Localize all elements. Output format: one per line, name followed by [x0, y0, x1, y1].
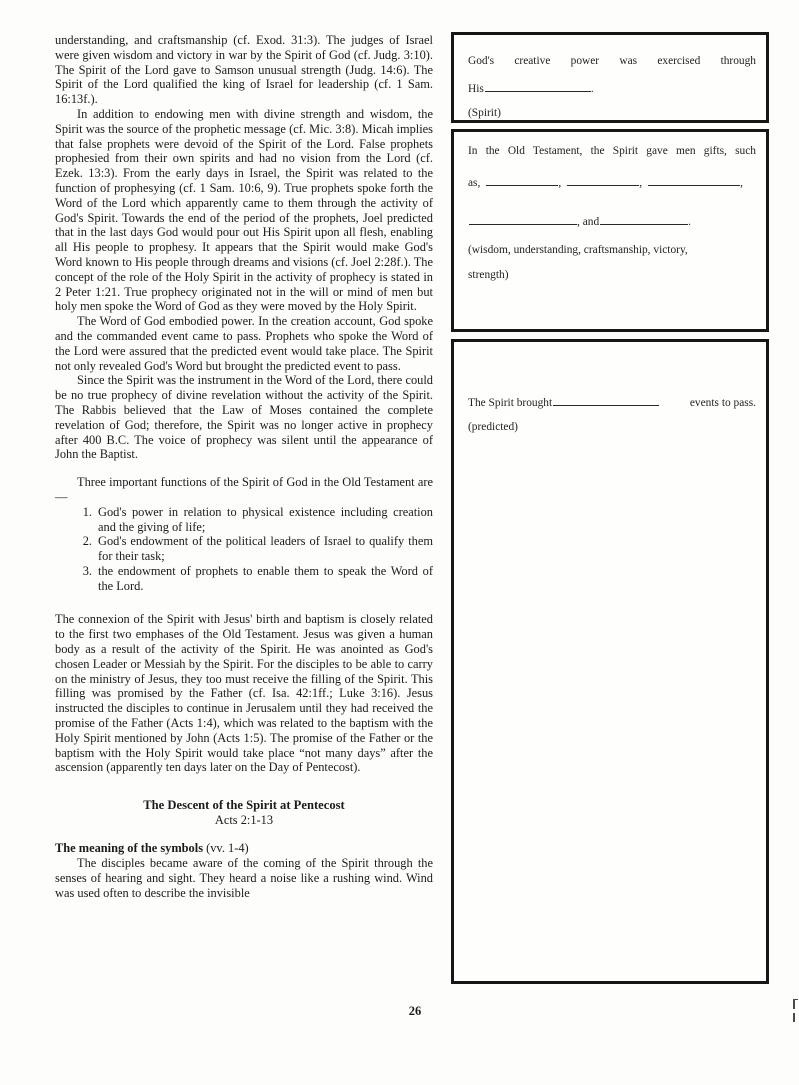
paragraph-final: The disciples became aware of the coming… [55, 856, 433, 900]
answer-hint: (wisdom, understanding, craftsmanship, v… [468, 243, 756, 257]
answer-hint: (predicted) [468, 420, 756, 434]
blank-field [567, 174, 639, 186]
paragraph-prophetic-message: In addition to endowing men with divine … [55, 107, 433, 314]
subsection-heading-title: The meaning of the symbols [55, 841, 203, 855]
punctuation: . [688, 216, 691, 228]
list-item: 3. the endowment of prophets to enable t… [77, 564, 433, 594]
list-item: 1. God's power in relation to physical e… [77, 505, 433, 535]
fill-in-box-gifts: In the Old Testament, the Spirit gave me… [451, 129, 769, 332]
list-number: 1. [77, 505, 92, 535]
page-number: 26 [355, 1004, 475, 1019]
body-text-column: understanding, and craftsmanship (cf. Ex… [55, 33, 433, 900]
list-item: 2. God's endowment of the political lead… [77, 534, 433, 564]
punctuation: . [591, 83, 594, 95]
list-text: the endowment of prophets to enable them… [98, 564, 433, 594]
fill-line: , and. [468, 213, 756, 229]
punctuation: , [740, 177, 743, 189]
worksheet-column: God's creative power was exercised throu… [451, 32, 769, 984]
subsection-heading: The meaning of the symbols (vv. 1-4) [55, 841, 433, 856]
blank-field [648, 174, 740, 186]
paragraph-connexion: The connexion of the Spirit with Jesus' … [55, 612, 433, 775]
blank-field [600, 213, 688, 225]
list-number: 3. [77, 564, 92, 594]
paragraph-spirit-instrument: Since the Spirit was the instrument in t… [55, 373, 433, 462]
answer-hint: strength) [468, 268, 756, 282]
section-scripture-reference: Acts 2:1-13 [55, 813, 433, 828]
scan-artifact-mark [793, 1013, 795, 1022]
blank-field [486, 174, 558, 186]
paragraph-word-of-god: The Word of God embodied power. In the c… [55, 314, 433, 373]
document-page: understanding, and craftsmanship (cf. Ex… [0, 0, 799, 1085]
fill-prefix: The Spirit brought [468, 396, 552, 410]
functions-intro: Three important functions of the Spirit … [55, 475, 433, 505]
box-statement: God's creative power was exercised throu… [468, 54, 756, 68]
scan-artifact-mark [793, 999, 798, 1009]
fill-line: The Spirit broughtevents to pass. [468, 394, 756, 410]
paragraph-continuation: understanding, and craftsmanship (cf. Ex… [55, 33, 433, 107]
fill-prefix: His [468, 83, 484, 95]
subsection-heading-verses: (vv. 1-4) [203, 841, 249, 855]
punctuation: , [639, 177, 642, 189]
list-text: God's power in relation to physical exis… [98, 505, 433, 535]
fill-line: His. [468, 80, 756, 96]
list-text: God's endowment of the political leaders… [98, 534, 433, 564]
section-heading: The Descent of the Spirit at Pentecost [55, 798, 433, 813]
fill-connector: , and [577, 216, 599, 228]
blank-field [469, 213, 577, 225]
fill-line: as,,,, [468, 174, 756, 190]
blank-field [485, 80, 591, 92]
punctuation: , [558, 177, 561, 189]
answer-hint: (Spirit) [468, 106, 756, 120]
fill-in-box-creative-power: God's creative power was exercised throu… [451, 32, 769, 123]
fill-in-box-predicted-events: The Spirit broughtevents to pass. (predi… [451, 339, 769, 984]
list-number: 2. [77, 534, 92, 564]
functions-list: 1. God's power in relation to physical e… [77, 505, 433, 594]
fill-suffix: events to pass. [690, 396, 756, 410]
fill-prefix: as, [468, 177, 480, 189]
blank-field [553, 394, 659, 406]
box-statement: In the Old Testament, the Spirit gave me… [468, 144, 756, 158]
